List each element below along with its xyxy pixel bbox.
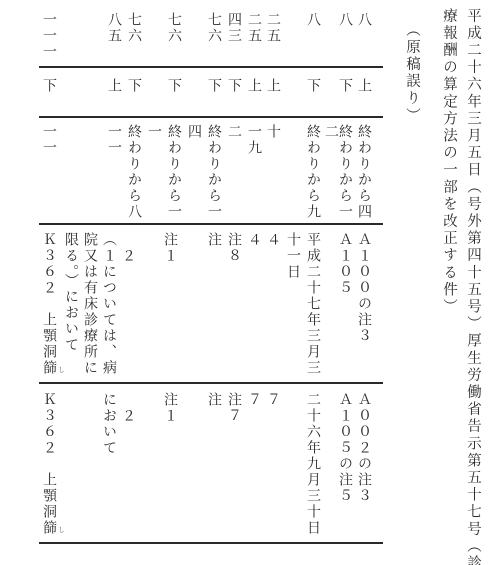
rule-wrong-row bbox=[39, 382, 383, 384]
line-cell: 一一 bbox=[41, 124, 57, 156]
rule-section-row bbox=[39, 116, 383, 118]
correct-cell: ２ bbox=[120, 408, 136, 424]
notice-title-line1: 平成二十六年三月五日（号外第四十五号）厚生労働省告示第五十七号（診 bbox=[465, 8, 481, 565]
wrong-cell-cont: 十一日 bbox=[285, 232, 301, 280]
section-cell: 下 bbox=[337, 78, 353, 94]
line-cell: 終わりから九 bbox=[305, 124, 321, 220]
page-cell: 七六 bbox=[126, 12, 142, 44]
section-cell: 下 bbox=[305, 78, 321, 94]
wrong-cell: ４ bbox=[265, 232, 281, 248]
line-cell: 二 bbox=[323, 124, 339, 140]
line-cell: 終わりから一 bbox=[206, 124, 222, 220]
ruby-annotation: し bbox=[58, 365, 65, 375]
wrong-cell: 注 bbox=[206, 232, 222, 248]
section-cell: 上 bbox=[356, 78, 372, 94]
correct-cell: ７ bbox=[246, 392, 262, 408]
section-cell: 下 bbox=[126, 78, 142, 94]
line-cell: 一一 bbox=[106, 124, 122, 156]
wrong-cell: （１については、病 bbox=[101, 232, 117, 376]
wrong-cell-cont: 院又は有床診療所に bbox=[82, 232, 98, 376]
section-cell: 下 bbox=[206, 78, 222, 94]
line-cell: 十 bbox=[265, 124, 281, 140]
page-cell: 八五 bbox=[106, 12, 122, 44]
wrong-cell: Ａ１００の注３ bbox=[356, 232, 372, 344]
wrong-cell: ４ bbox=[246, 232, 262, 248]
section-cell: 上 bbox=[246, 78, 262, 94]
section-cell: 上 bbox=[106, 78, 122, 94]
correct-cell: 注１ bbox=[162, 392, 178, 424]
wrong-cell: 注８ bbox=[226, 232, 242, 264]
page-cell: 八 bbox=[305, 12, 321, 28]
page-cell: 七六 bbox=[166, 12, 182, 44]
ruby-annotation: し bbox=[58, 525, 65, 535]
section-cell: 上 bbox=[265, 78, 281, 94]
line-cell: 終わりから一 bbox=[337, 124, 353, 220]
line-cell: 二 bbox=[226, 124, 242, 140]
correct-cell: Ｋ３６２ 上顎洞篩 bbox=[41, 392, 57, 536]
line-cell: 一九 bbox=[246, 124, 262, 156]
correct-cell: Ａ１０５の注５ bbox=[337, 392, 353, 504]
line-cell: 終わりから四 bbox=[356, 124, 372, 220]
page-cell: 二五 bbox=[246, 12, 262, 44]
correct-cell: 注７ bbox=[226, 392, 242, 424]
wrong-cell-cont: 限る。）において bbox=[63, 232, 79, 353]
errata-note: （原稿誤り） bbox=[404, 22, 420, 125]
correct-cell: 二十六年九月三十日 bbox=[305, 392, 321, 536]
wrong-cell: 注１ bbox=[162, 232, 178, 264]
correct-cell: ７ bbox=[265, 392, 281, 408]
rule-bottom bbox=[39, 542, 383, 544]
correct-cell: 注 bbox=[206, 392, 222, 408]
line-cell: 終わりから八 bbox=[126, 124, 142, 220]
line-cell: 一 bbox=[146, 124, 162, 140]
line-cell: 四 bbox=[186, 124, 202, 140]
page-cell: 八 bbox=[337, 12, 353, 28]
page-cell: 八 bbox=[356, 12, 372, 28]
section-cell: 下 bbox=[226, 78, 242, 94]
rule-line-row bbox=[39, 223, 383, 225]
section-cell: 下 bbox=[166, 78, 182, 94]
page-cell: 七六 bbox=[206, 12, 222, 44]
page-cell: 二五 bbox=[265, 12, 281, 44]
correct-cell: Ａ００２の注３ bbox=[356, 392, 372, 504]
rule-page-row bbox=[39, 66, 383, 68]
page-cell: 一一一 bbox=[41, 12, 57, 60]
correct-cell: において bbox=[101, 392, 117, 456]
section-cell: 下 bbox=[41, 78, 57, 94]
wrong-cell: 平成二十七年三月三 bbox=[305, 232, 321, 376]
notice-title-line2: 療報酬の算定方法の一部を改正する件） bbox=[441, 8, 457, 316]
wrong-cell: ２ bbox=[120, 248, 136, 264]
wrong-cell: Ｋ３６２ 上顎洞篩 bbox=[41, 232, 57, 376]
wrong-cell: Ａ１０５ bbox=[337, 232, 353, 296]
page-cell: 四三 bbox=[226, 12, 242, 44]
line-cell: 終わりから一 bbox=[166, 124, 182, 220]
